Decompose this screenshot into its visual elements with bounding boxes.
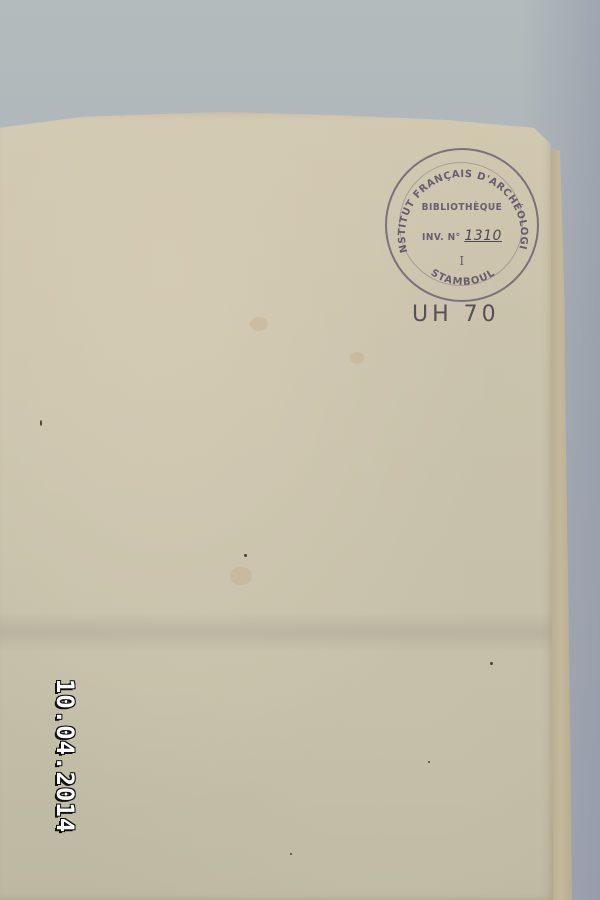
foxing-stain	[230, 567, 252, 585]
stamp-library-label: BIBLIOTHÈQUE	[387, 202, 537, 213]
stamp-bottom-text: STAMBOUL	[429, 267, 498, 288]
library-stamp: INSTITUT FRANÇAIS D'ARCHÉOLOGIE STAMBOUL…	[385, 148, 539, 302]
stamp-volume-mark: I	[387, 254, 537, 268]
svg-text:STAMBOUL: STAMBOUL	[429, 267, 498, 288]
paper-crease	[0, 612, 556, 652]
ink-speck	[428, 761, 430, 763]
foxing-stain	[350, 352, 364, 364]
foxing-stain	[250, 317, 268, 331]
inventory-label: INV. N°	[422, 232, 461, 243]
inventory-number: 1310	[464, 228, 502, 244]
ink-speck	[490, 662, 493, 665]
ink-speck	[290, 853, 292, 855]
stamp-circular-text: INSTITUT FRANÇAIS D'ARCHÉOLOGIE STAMBOUL	[387, 150, 537, 300]
camera-date-overlay: 10.04.2014	[50, 672, 80, 840]
ink-speck	[40, 420, 42, 426]
pencil-shelf-mark: UH 70	[412, 302, 500, 327]
ink-speck	[244, 554, 247, 557]
stamp-inventory-line: INV. N° 1310	[387, 228, 537, 244]
date-text: 10.04.2014	[51, 679, 79, 834]
